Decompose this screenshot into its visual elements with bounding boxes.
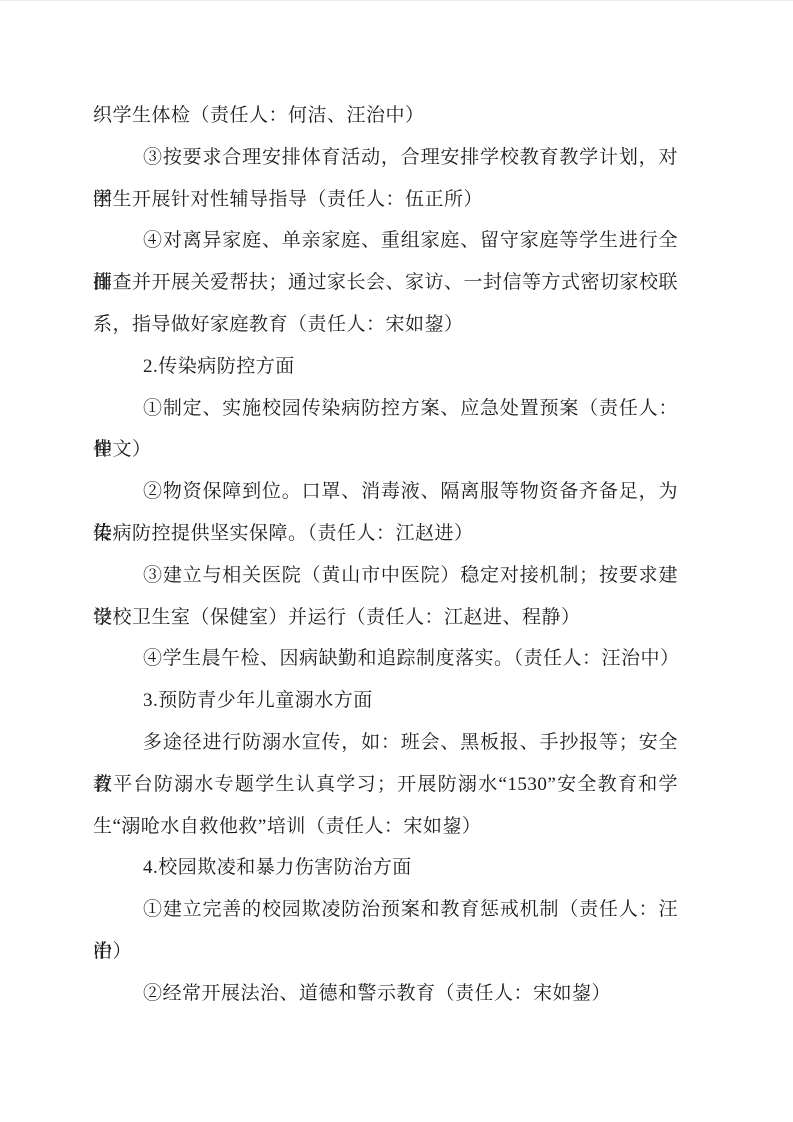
text-line: 育平台防溺水专题学生认真学习；开展防溺水“1530”安全教育和学: [93, 764, 678, 806]
text-line: 染病防控提供坚实保障。（责任人：江赵进）: [93, 513, 678, 555]
text-line: 中）: [93, 931, 678, 973]
text-line: 2.传染病防控方面: [93, 346, 678, 388]
text-line: ③按要求合理安排体育活动，合理安排学校教育教学计划，对学: [93, 137, 678, 179]
text-line: 生“溺呛水自救他救”培训（责任人：宋如鋆）: [93, 806, 678, 848]
text-line: 织学生体检（责任人：何洁、汪治中）: [93, 95, 678, 137]
text-line: 4.校园欺凌和暴力伤害防治方面: [93, 847, 678, 889]
text-line: ③建立与相关医院（黄山市中医院）稳定对接机制；按要求建设: [93, 555, 678, 597]
text-line: ④对离异家庭、单亲家庭、重组家庭、留守家庭等学生进行全面: [93, 220, 678, 262]
text-line: 仲文）: [93, 429, 678, 471]
text-line: 困生开展针对性辅导指导（责任人：伍正所）: [93, 179, 678, 221]
text-line: 多途径进行防溺水宣传，如：班会、黑板报、手抄报等；安全教: [93, 722, 678, 764]
text-line: 排查并开展关爱帮扶；通过家长会、家访、一封信等方式密切家校联: [93, 262, 678, 304]
text-line: ②物资保障到位。口罩、消毒液、隔离服等物资备齐备足，为传: [93, 471, 678, 513]
document-body: 织学生体检（责任人：何洁、汪治中）③按要求合理安排体育活动，合理安排学校教育教学…: [93, 95, 678, 1015]
text-line: 3.预防青少年儿童溺水方面: [93, 680, 678, 722]
text-line: 学校卫生室（保健室）并运行（责任人：江赵进、程静）: [93, 597, 678, 639]
text-line: ②经常开展法治、道德和警示教育（责任人：宋如鋆）: [93, 973, 678, 1015]
text-line: 系，指导做好家庭教育（责任人：宋如鋆）: [93, 304, 678, 346]
text-line: ①制定、实施校园传染病防控方案、应急处置预案（责任人：崔: [93, 388, 678, 430]
text-line: ④学生晨午检、因病缺勤和追踪制度落实。（责任人：汪治中）: [93, 638, 678, 680]
document-page: 织学生体检（责任人：何洁、汪治中）③按要求合理安排体育活动，合理安排学校教育教学…: [0, 0, 793, 1122]
text-line: ①建立完善的校园欺凌防治预案和教育惩戒机制（责任人：汪治: [93, 889, 678, 931]
